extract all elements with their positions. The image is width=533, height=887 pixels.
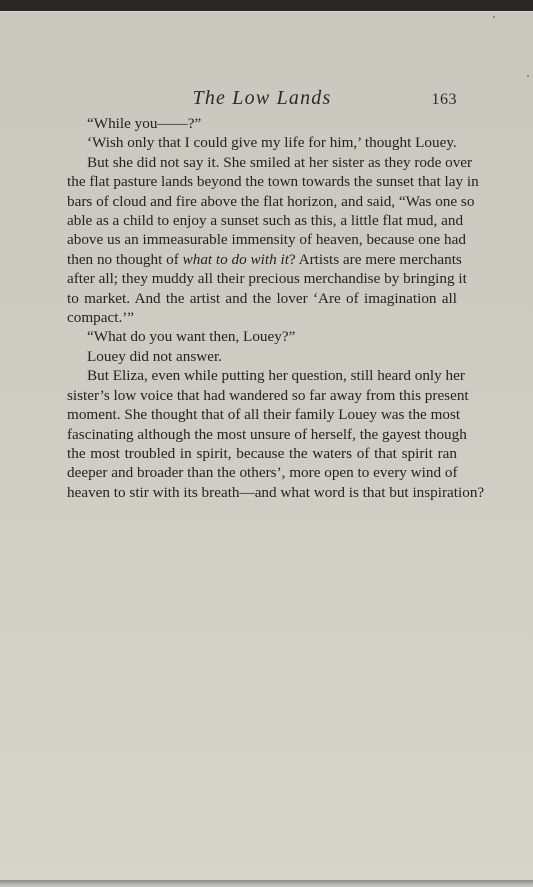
- text-line: above us an immeasurable immensity of he…: [67, 230, 457, 249]
- text-line: “What do you want then, Louey?”: [67, 327, 457, 346]
- paper-speck: [527, 75, 529, 77]
- book-page: The Low Lands 163 “While you——?” ‘Wish o…: [0, 11, 533, 883]
- text-line: after all; they muddy all their precious…: [67, 269, 457, 288]
- page-bottom-edge: [0, 880, 533, 887]
- text-line: moment. She thought that of all their fa…: [67, 405, 457, 424]
- body-text: “While you——?” ‘Wish only that I could g…: [67, 114, 457, 502]
- text-line: fascinating although the most unsure of …: [67, 425, 457, 444]
- text-line: But she did not say it. She smiled at he…: [67, 153, 457, 172]
- text-segment: ? Artists are mere merchants: [289, 251, 462, 268]
- running-title: The Low Lands: [67, 87, 457, 110]
- page-number: 163: [432, 91, 458, 109]
- text-line: bars of cloud and fire above the flat ho…: [67, 192, 457, 211]
- text-line: the most troubled in spirit, because the…: [67, 444, 457, 463]
- running-head: The Low Lands 163: [67, 87, 457, 117]
- text-segment: then no thought of: [67, 251, 183, 268]
- text-line: the flat pasture lands beyond the town t…: [67, 172, 457, 191]
- italic-phrase: what to do with it: [183, 251, 289, 268]
- text-line-with-italic: then no thought of what to do with it? A…: [67, 250, 457, 269]
- text-line: compact.’”: [67, 308, 457, 327]
- text-line: sister’s low voice that had wandered so …: [67, 386, 457, 405]
- text-line: able as a child to enjoy a sunset such a…: [67, 211, 457, 230]
- text-line: heaven to stir with its breath—and what …: [67, 483, 457, 502]
- text-line: ‘Wish only that I could give my life for…: [67, 133, 457, 152]
- text-line: “While you——?”: [67, 114, 457, 133]
- paper-speck: [493, 16, 495, 18]
- text-line: Louey did not answer.: [67, 347, 457, 366]
- text-line: to market. And the artist and the lover …: [67, 289, 457, 308]
- text-line: deeper and broader than the others’, mor…: [67, 463, 457, 482]
- text-line: But Eliza, even while putting her questi…: [67, 366, 457, 385]
